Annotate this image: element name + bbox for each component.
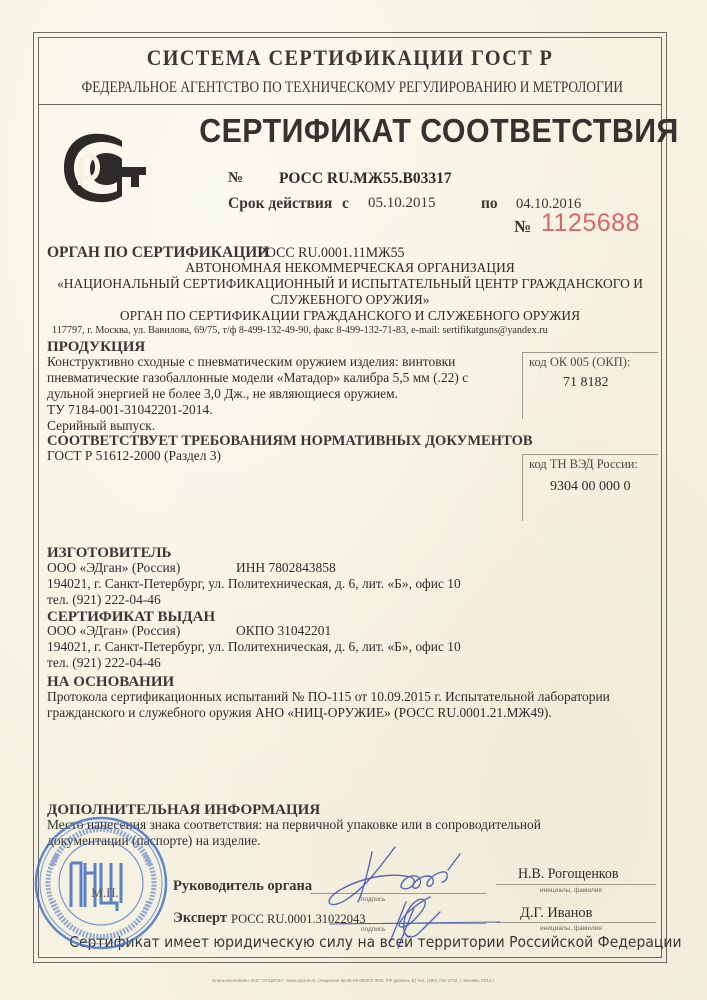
tnved-code-label: код ТН ВЭД России: — [529, 457, 638, 472]
stamp-seal-icon: М.П. — [33, 815, 169, 951]
issued-to-okpo: ОКПО 31042201 — [236, 624, 331, 640]
valid-from-date: 05.10.2015 — [368, 195, 436, 212]
issued-to-address: 194021, г. Санкт-Петербург, ул. Политехн… — [47, 640, 461, 656]
certification-body-line-3: СЛУЖЕБНОГО ОРУЖИЯ» — [50, 293, 649, 309]
certification-body-heading: ОРГАН ПО СЕРТИФИКАЦИИ — [47, 244, 269, 262]
validity-to-label: по — [481, 195, 498, 213]
printer-note: Бланк изготовлен ЗАО "ОПЦИОН", www.opcio… — [0, 978, 707, 983]
issued-to-name: ООО «ЭДган» (Россия) — [47, 624, 180, 640]
tnved-code-value: 9304 00 000 0 — [550, 479, 631, 495]
manufacturer-name: ООО «ЭДган» (Россия) — [47, 561, 180, 577]
manufacturer-inn: ИНН 7802843858 — [236, 561, 336, 577]
expert-label: Эксперт — [173, 910, 227, 927]
product-line-2: пневматические газобаллонные модели «Мат… — [47, 371, 468, 387]
expert-name: Д.Г. Иванов — [520, 905, 592, 922]
signature-ink — [310, 842, 510, 952]
head-name: Н.В. Рогощенков — [518, 866, 618, 883]
manufacturer-address: 194021, г. Санкт-Петербург, ул. Политехн… — [47, 577, 461, 593]
product-line-4: ТУ 7184-001-31042201-2014. — [47, 403, 213, 419]
expert-name-caption: инициалы, фамилия — [540, 925, 602, 932]
okp-code-box: код ОК 005 (ОКП): 71 8182 — [522, 352, 658, 419]
blank-serial-number: 1125688 — [541, 209, 640, 238]
product-line-3: дульной энергией не более 3,0 Дж., не яв… — [47, 387, 398, 403]
tnved-code-box: код ТН ВЭД России: 9304 00 000 0 — [522, 454, 658, 521]
certification-body-line-4: ОРГАН ПО СЕРТИФИКАЦИИ ГРАЖДАНСКОГО И СЛУ… — [50, 309, 649, 325]
validity-label: Срок действия — [228, 195, 332, 213]
basis-line-2: гражданского и служебного оружия АНО «НИ… — [47, 706, 552, 722]
validity-from-label: с — [342, 195, 349, 213]
number-sign: № — [228, 170, 243, 187]
basis-heading: НА ОСНОВАНИИ — [47, 674, 174, 691]
blank-number-sign: № — [514, 217, 531, 237]
expert-name-line — [496, 922, 656, 923]
certificate-number: РОСС RU.МЖ55.В03317 — [279, 170, 452, 188]
conformity-heading: СООТВЕТСТВУЕТ ТРЕБОВАНИЯМ НОРМАТИВНЫХ ДО… — [47, 433, 533, 450]
certification-body-contacts: 117797, г. Москва, ул. Вавилова, 69/75, … — [52, 325, 548, 336]
svg-text:М.П.: М.П. — [91, 885, 118, 900]
agency-name: ФЕДЕРАЛЬНОЕ АГЕНТСТВО ПО ТЕХНИЧЕСКОМУ РЕ… — [82, 79, 619, 97]
okp-code-label: код ОК 005 (ОКП): — [529, 355, 630, 370]
issued-to-phone: тел. (921) 222-04-46 — [47, 656, 161, 672]
conformity-document: ГОСТ Р 51612-2000 (Раздел 3) — [47, 449, 221, 465]
system-title: СИСТЕМА СЕРТИФИКАЦИИ ГОСТ Р — [63, 45, 637, 71]
product-line-1: Конструктивно сходные с пневматическим о… — [47, 355, 455, 371]
product-heading: ПРОДУКЦИЯ — [47, 339, 145, 356]
manufacturer-heading: ИЗГОТОВИТЕЛЬ — [47, 545, 171, 562]
certificate-title: СЕРТИФИКАТ СООТВЕТСТВИЯ — [199, 112, 641, 150]
head-name-caption: инициалы, фамилия — [540, 887, 602, 894]
manufacturer-phone: тел. (921) 222-04-46 — [47, 593, 161, 609]
certification-body-line-1: АВТОНОМНАЯ НЕКОММЕРЧЕСКАЯ ОРГАНИЗАЦИЯ — [50, 261, 649, 277]
okp-code-value: 71 8182 — [563, 375, 609, 391]
head-of-body-label: Руководитель органа — [173, 878, 312, 895]
rst-mark-icon — [62, 133, 158, 203]
certification-body-code: РОСС RU.0001.11МЖ55 — [258, 245, 405, 262]
basis-line-1: Протокола сертификационных испытаний № П… — [47, 690, 610, 706]
certification-body-line-2: «НАЦИОНАЛЬНЫЙ СЕРТИФИКАЦИОННЫЙ И ИСПЫТАТ… — [50, 277, 649, 293]
head-name-line — [496, 884, 656, 885]
header-divider — [38, 104, 662, 105]
